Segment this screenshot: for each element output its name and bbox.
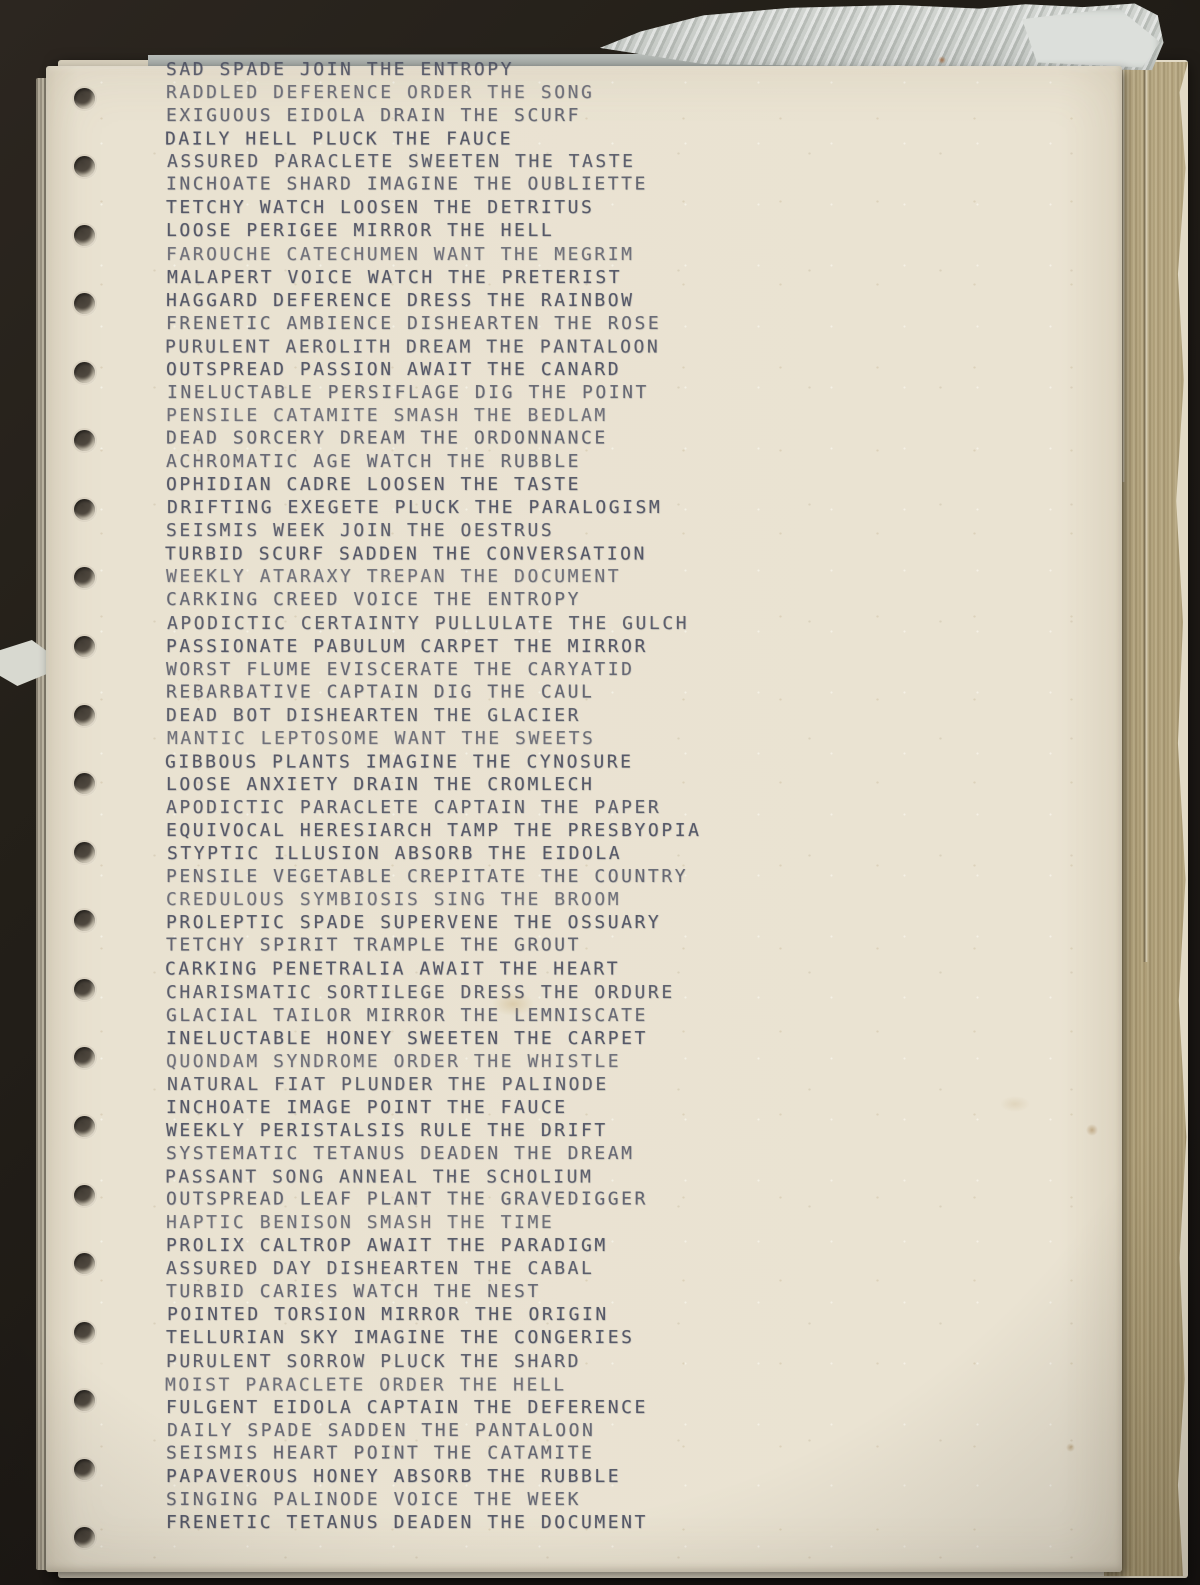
punch-hole [74, 842, 95, 863]
punch-hole [74, 979, 95, 1000]
typewritten-line: EXIGUOUS EIDOLA DRAIN THE SCURF [166, 104, 701, 127]
typewritten-line: SINGING PALINODE VOICE THE WEEK [166, 1488, 701, 1511]
typewritten-line: TETCHY WATCH LOOSEN THE DETRITUS [166, 196, 701, 219]
typewritten-line: ASSURED DAY DISHEARTEN THE CABAL [166, 1257, 701, 1280]
typewritten-line: ASSURED PARACLETE SWEETEN THE TASTE [167, 150, 702, 173]
typewritten-line: WEEKLY PERISTALSIS RULE THE DRIFT [166, 1119, 701, 1142]
typewritten-line: LOOSE PERIGEE MIRROR THE HELL [166, 219, 701, 242]
typewritten-line: WORST FLUME EVISCERATE THE CARYATID [166, 658, 701, 681]
typewritten-line: SYSTEMATIC TETANUS DEADEN THE DREAM [166, 1142, 701, 1165]
typewritten-line: PASSIONATE PABULUM CARPET THE MIRROR [166, 635, 701, 658]
punch-hole [74, 1527, 95, 1548]
typewritten-line: APODICTIC CERTAINTY PULLULATE THE GULCH [167, 612, 702, 635]
punch-hole [74, 293, 95, 314]
punch-hole [74, 430, 95, 451]
typewritten-line: STYPTIC ILLUSION ABSORB THE EIDOLA [167, 842, 702, 865]
typewritten-line: DRIFTING EXEGETE PLUCK THE PARALOGISM [167, 496, 702, 519]
typewritten-line: PENSILE CATAMITE SMASH THE BEDLAM [166, 404, 701, 427]
punch-hole [74, 1185, 95, 1206]
typewritten-line: PASSANT SONG ANNEAL THE SCHOLIUM [165, 1166, 700, 1189]
punch-hole [74, 1253, 95, 1274]
typewritten-line: WEEKLY ATARAXY TREPAN THE DOCUMENT [166, 565, 701, 588]
typewritten-line: INCHOATE SHARD IMAGINE THE OUBLIETTE [166, 173, 701, 196]
typewritten-line: GLACIAL TAILOR MIRROR THE LEMNISCATE [166, 1004, 701, 1027]
punch-hole [74, 1390, 95, 1411]
typewritten-line: LOOSE ANXIETY DRAIN THE CROMLECH [166, 773, 701, 796]
punch-hole [74, 910, 95, 931]
typewritten-line: DAILY SPADE SADDEN THE PANTALOON [167, 1419, 702, 1442]
typewritten-line: FULGENT EIDOLA CAPTAIN THE DEFERENCE [166, 1396, 701, 1419]
typewritten-line: TELLURIAN SKY IMAGINE THE CONGERIES [166, 1326, 701, 1349]
typewritten-line: GIBBOUS PLANTS IMAGINE THE CYNOSURE [165, 750, 700, 773]
punch-hole [74, 1116, 95, 1137]
punch-hole [74, 1459, 95, 1480]
typewritten-line: CREDULOUS SYMBIOSIS SING THE BROOM [166, 888, 701, 911]
punch-hole [74, 773, 95, 794]
typewritten-line: PURULENT SORROW PLUCK THE SHARD [166, 1350, 701, 1373]
punch-hole [74, 1047, 95, 1068]
typewritten-line: CARKING PENETRALIA AWAIT THE HEART [165, 958, 700, 981]
typewritten-line: PAPAVEROUS HONEY ABSORB THE RUBBLE [166, 1465, 701, 1488]
typewritten-line: FAROUCHE CATECHUMEN WANT THE MEGRIM [166, 243, 701, 266]
typewritten-line: PROLEPTIC SPADE SUPERVENE THE OSSUARY [166, 911, 701, 934]
typewritten-line: MALAPERT VOICE WATCH THE PRETERIST [167, 266, 702, 289]
punch-hole [74, 567, 95, 588]
typewritten-line: ACHROMATIC AGE WATCH THE RUBBLE [166, 450, 701, 473]
typewritten-line: FRENETIC TETANUS DEADEN THE DOCUMENT [166, 1511, 701, 1534]
typewritten-text: SAD SPADE JOIN THE ENTROPYRADDLED DEFERE… [166, 58, 701, 1534]
typewritten-line: INCHOATE IMAGE POINT THE FAUCE [166, 1096, 701, 1119]
page-edge-crease [1143, 62, 1148, 962]
typewritten-line: INELUCTABLE HONEY SWEETEN THE CARPET [166, 1027, 701, 1050]
typewritten-line: TURBID SCURF SADDEN THE CONVERSATION [165, 543, 700, 566]
typewritten-line: OUTSPREAD PASSION AWAIT THE CANARD [166, 358, 701, 381]
typewritten-line: DEAD SORCERY DREAM THE ORDONNANCE [166, 427, 701, 450]
typewritten-line: HAPTIC BENISON SMASH THE TIME [166, 1211, 701, 1234]
typewritten-line: QUONDAM SYNDROME ORDER THE WHISTLE [166, 1050, 701, 1073]
typewritten-line: INELUCTABLE PERSIFLAGE DIG THE POINT [167, 381, 702, 404]
typewritten-line: POINTED TORSION MIRROR THE ORIGIN [167, 1303, 702, 1326]
typewritten-line: TETCHY SPIRIT TRAMPLE THE GROUT [166, 934, 701, 957]
typewritten-line: FRENETIC AMBIENCE DISHEARTEN THE ROSE [166, 312, 701, 335]
typewritten-line: CHARISMATIC SORTILEGE DRESS THE ORDURE [166, 981, 701, 1004]
typewritten-line: DAILY HELL PLUCK THE FAUCE [165, 128, 700, 151]
typewritten-line: PROLIX CALTROP AWAIT THE PARADIGM [166, 1234, 701, 1257]
typewritten-line: SEISMIS WEEK JOIN THE OESTRUS [166, 519, 701, 542]
typewritten-line: OPHIDIAN CADRE LOOSEN THE TASTE [166, 473, 701, 496]
typewritten-line: SEISMIS HEART POINT THE CATAMITE [166, 1441, 701, 1464]
punch-hole [74, 362, 95, 383]
typewritten-line: REBARBATIVE CAPTAIN DIG THE CAUL [166, 680, 701, 703]
typewritten-line: EQUIVOCAL HERESIARCH TAMP THE PRESBYOPIA [166, 819, 701, 842]
typewritten-line: SAD SPADE JOIN THE ENTROPY [166, 58, 701, 81]
typewritten-line: MOIST PARACLETE ORDER THE HELL [165, 1373, 700, 1396]
typewritten-line: HAGGARD DEFERENCE DRESS THE RAINBOW [166, 289, 701, 312]
photo-background: SAD SPADE JOIN THE ENTROPYRADDLED DEFERE… [0, 0, 1200, 1585]
typewritten-line: NATURAL FIAT PLUNDER THE PALINODE [167, 1073, 702, 1096]
typewritten-line: RADDLED DEFERENCE ORDER THE SONG [166, 81, 701, 104]
typewritten-line: CARKING CREED VOICE THE ENTROPY [166, 588, 701, 611]
punch-hole [74, 1322, 95, 1343]
typewritten-line: DEAD BOT DISHEARTEN THE GLACIER [166, 704, 701, 727]
punch-hole [74, 225, 95, 246]
typewritten-line: TURBID CARIES WATCH THE NEST [166, 1280, 701, 1303]
typewritten-line: OUTSPREAD LEAF PLANT THE GRAVEDIGGER [166, 1188, 701, 1211]
typewritten-line: PURULENT AEROLITH DREAM THE PANTALOON [165, 335, 700, 358]
punch-hole [74, 636, 95, 657]
punch-hole [74, 705, 95, 726]
punch-hole [74, 156, 95, 177]
typewritten-line: PENSILE VEGETABLE CREPITATE THE COUNTRY [166, 865, 701, 888]
punch-hole [74, 499, 95, 520]
punch-hole [74, 88, 95, 109]
typewritten-line: APODICTIC PARACLETE CAPTAIN THE PAPER [166, 796, 701, 819]
typewritten-line: MANTIC LEPTOSOME WANT THE SWEETS [167, 727, 702, 750]
